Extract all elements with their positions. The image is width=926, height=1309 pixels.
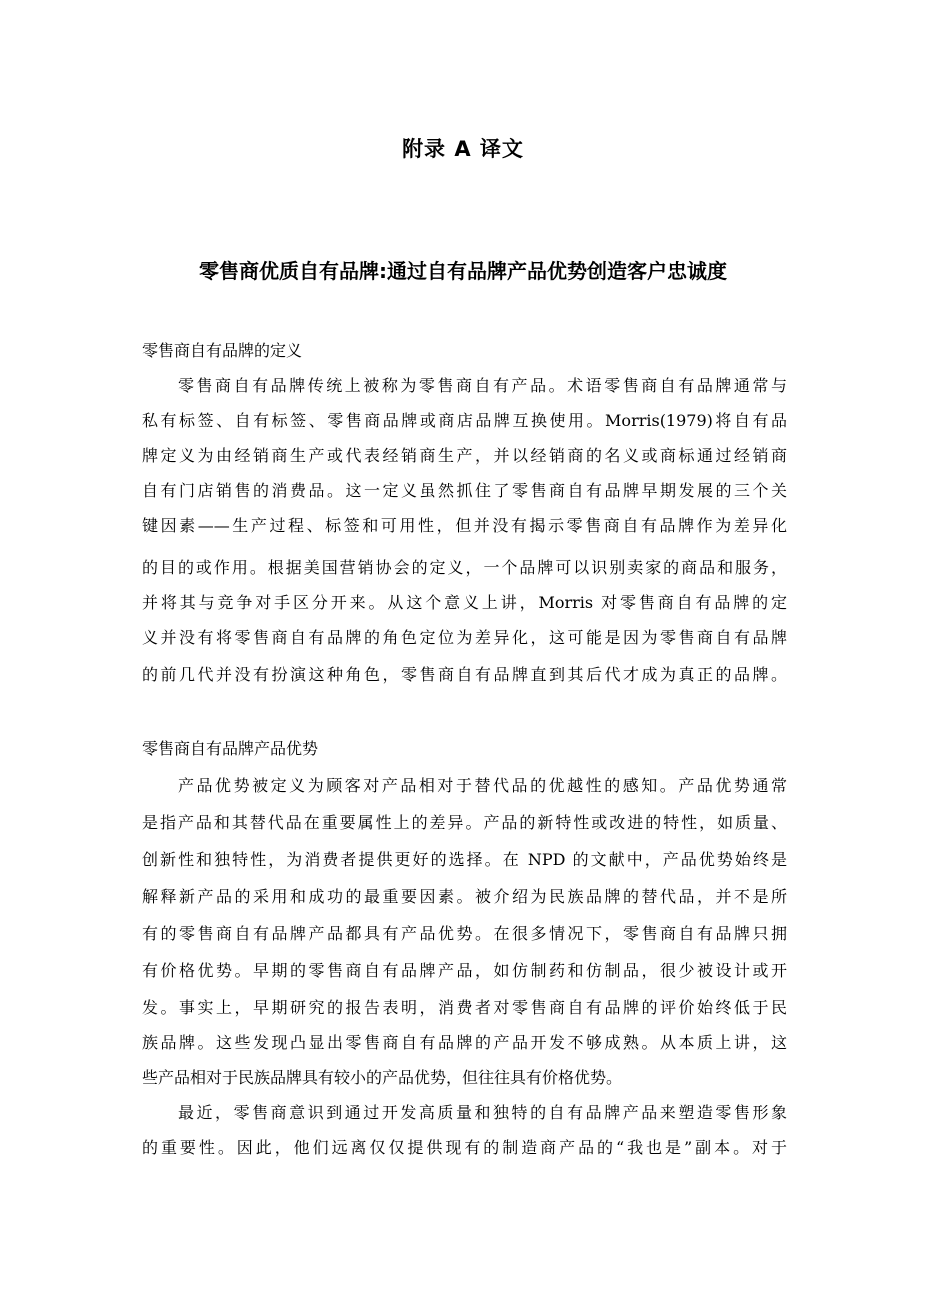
paragraph-line: 私有标签、自有标签、零售商品牌或商店品牌互换使用。Morris(1979)将自有…	[142, 409, 787, 433]
appendix-title: 附录 A 译文	[0, 133, 926, 165]
paragraph-line: 最近，零售商意识到通过开发高质量和独特的自有品牌产品来塑造零售形象	[178, 1101, 787, 1125]
paragraph-line: 产品优势被定义为顾客对产品相对于替代品的优越性的感知。产品优势通常	[178, 774, 787, 798]
paragraph-line: 有价格优势。早期的零售商自有品牌产品，如仿制药和仿制品，很少被设计或开	[142, 959, 787, 983]
paragraph-line: 自有门店销售的消费品。这一定义虽然抓住了零售商自有品牌早期发展的三个关	[142, 479, 787, 503]
paragraph-line: 是指产品和其替代品在重要属性上的差异。产品的新特性或改进的特性，如质量、	[142, 811, 787, 835]
section-heading: 零售商自有品牌的定义	[142, 339, 302, 363]
section-heading: 零售商自有品牌产品优势	[142, 737, 318, 761]
paragraph-line: 零售商自有品牌传统上被称为零售商自有产品。术语零售商自有品牌通常与	[178, 374, 787, 398]
paragraph-line: 的目的或作用。根据美国营销协会的定义，一个品牌可以识别卖家的商品和服务，	[142, 556, 787, 580]
paragraph-line: 并将其与竞争对手区分开来。从这个意义上讲，Morris 对零售商自有品牌的定	[142, 591, 787, 615]
paragraph-line: 牌定义为由经销商生产或代表经销商生产，并以经销商的名义或商标通过经销商	[142, 444, 787, 468]
paragraph-line: 的重要性。因此，他们远离仅仅提供现有的制造商产品的“我也是”副本。对于	[142, 1136, 787, 1160]
paragraph-line: 键因素——生产过程、标签和可用性，但并没有揭示零售商自有品牌作为差异化	[142, 514, 787, 538]
paragraph-line: 的前几代并没有扮演这种角色，零售商自有品牌直到其后代才成为真正的品牌。	[142, 663, 787, 687]
paragraph-line: 发。事实上，早期研究的报告表明，消费者对零售商自有品牌的评价始终低于民	[142, 996, 787, 1020]
paragraph-line: 创新性和独特性，为消费者提供更好的选择。在 NPD 的文献中，产品优势始终是	[142, 848, 787, 872]
article-title: 零售商优质自有品牌:通过自有品牌产品优势创造客户忠诚度	[0, 255, 926, 287]
paragraph-line: 有的零售商自有品牌产品都具有产品优势。在很多情况下，零售商自有品牌只拥	[142, 922, 787, 946]
paragraph-line: 解释新产品的采用和成功的最重要因素。被介绍为民族品牌的替代品，并不是所	[142, 885, 787, 909]
paragraph-line: 义并没有将零售商自有品牌的角色定位为差异化，这可能是因为零售商自有品牌	[142, 626, 787, 650]
paragraph-line: 些产品相对于民族品牌具有较小的产品优势，但往往具有价格优势。	[142, 1066, 787, 1090]
paragraph-line: 族品牌。这些发现凸显出零售商自有品牌的产品开发不够成熟。从本质上讲，这	[142, 1031, 787, 1055]
